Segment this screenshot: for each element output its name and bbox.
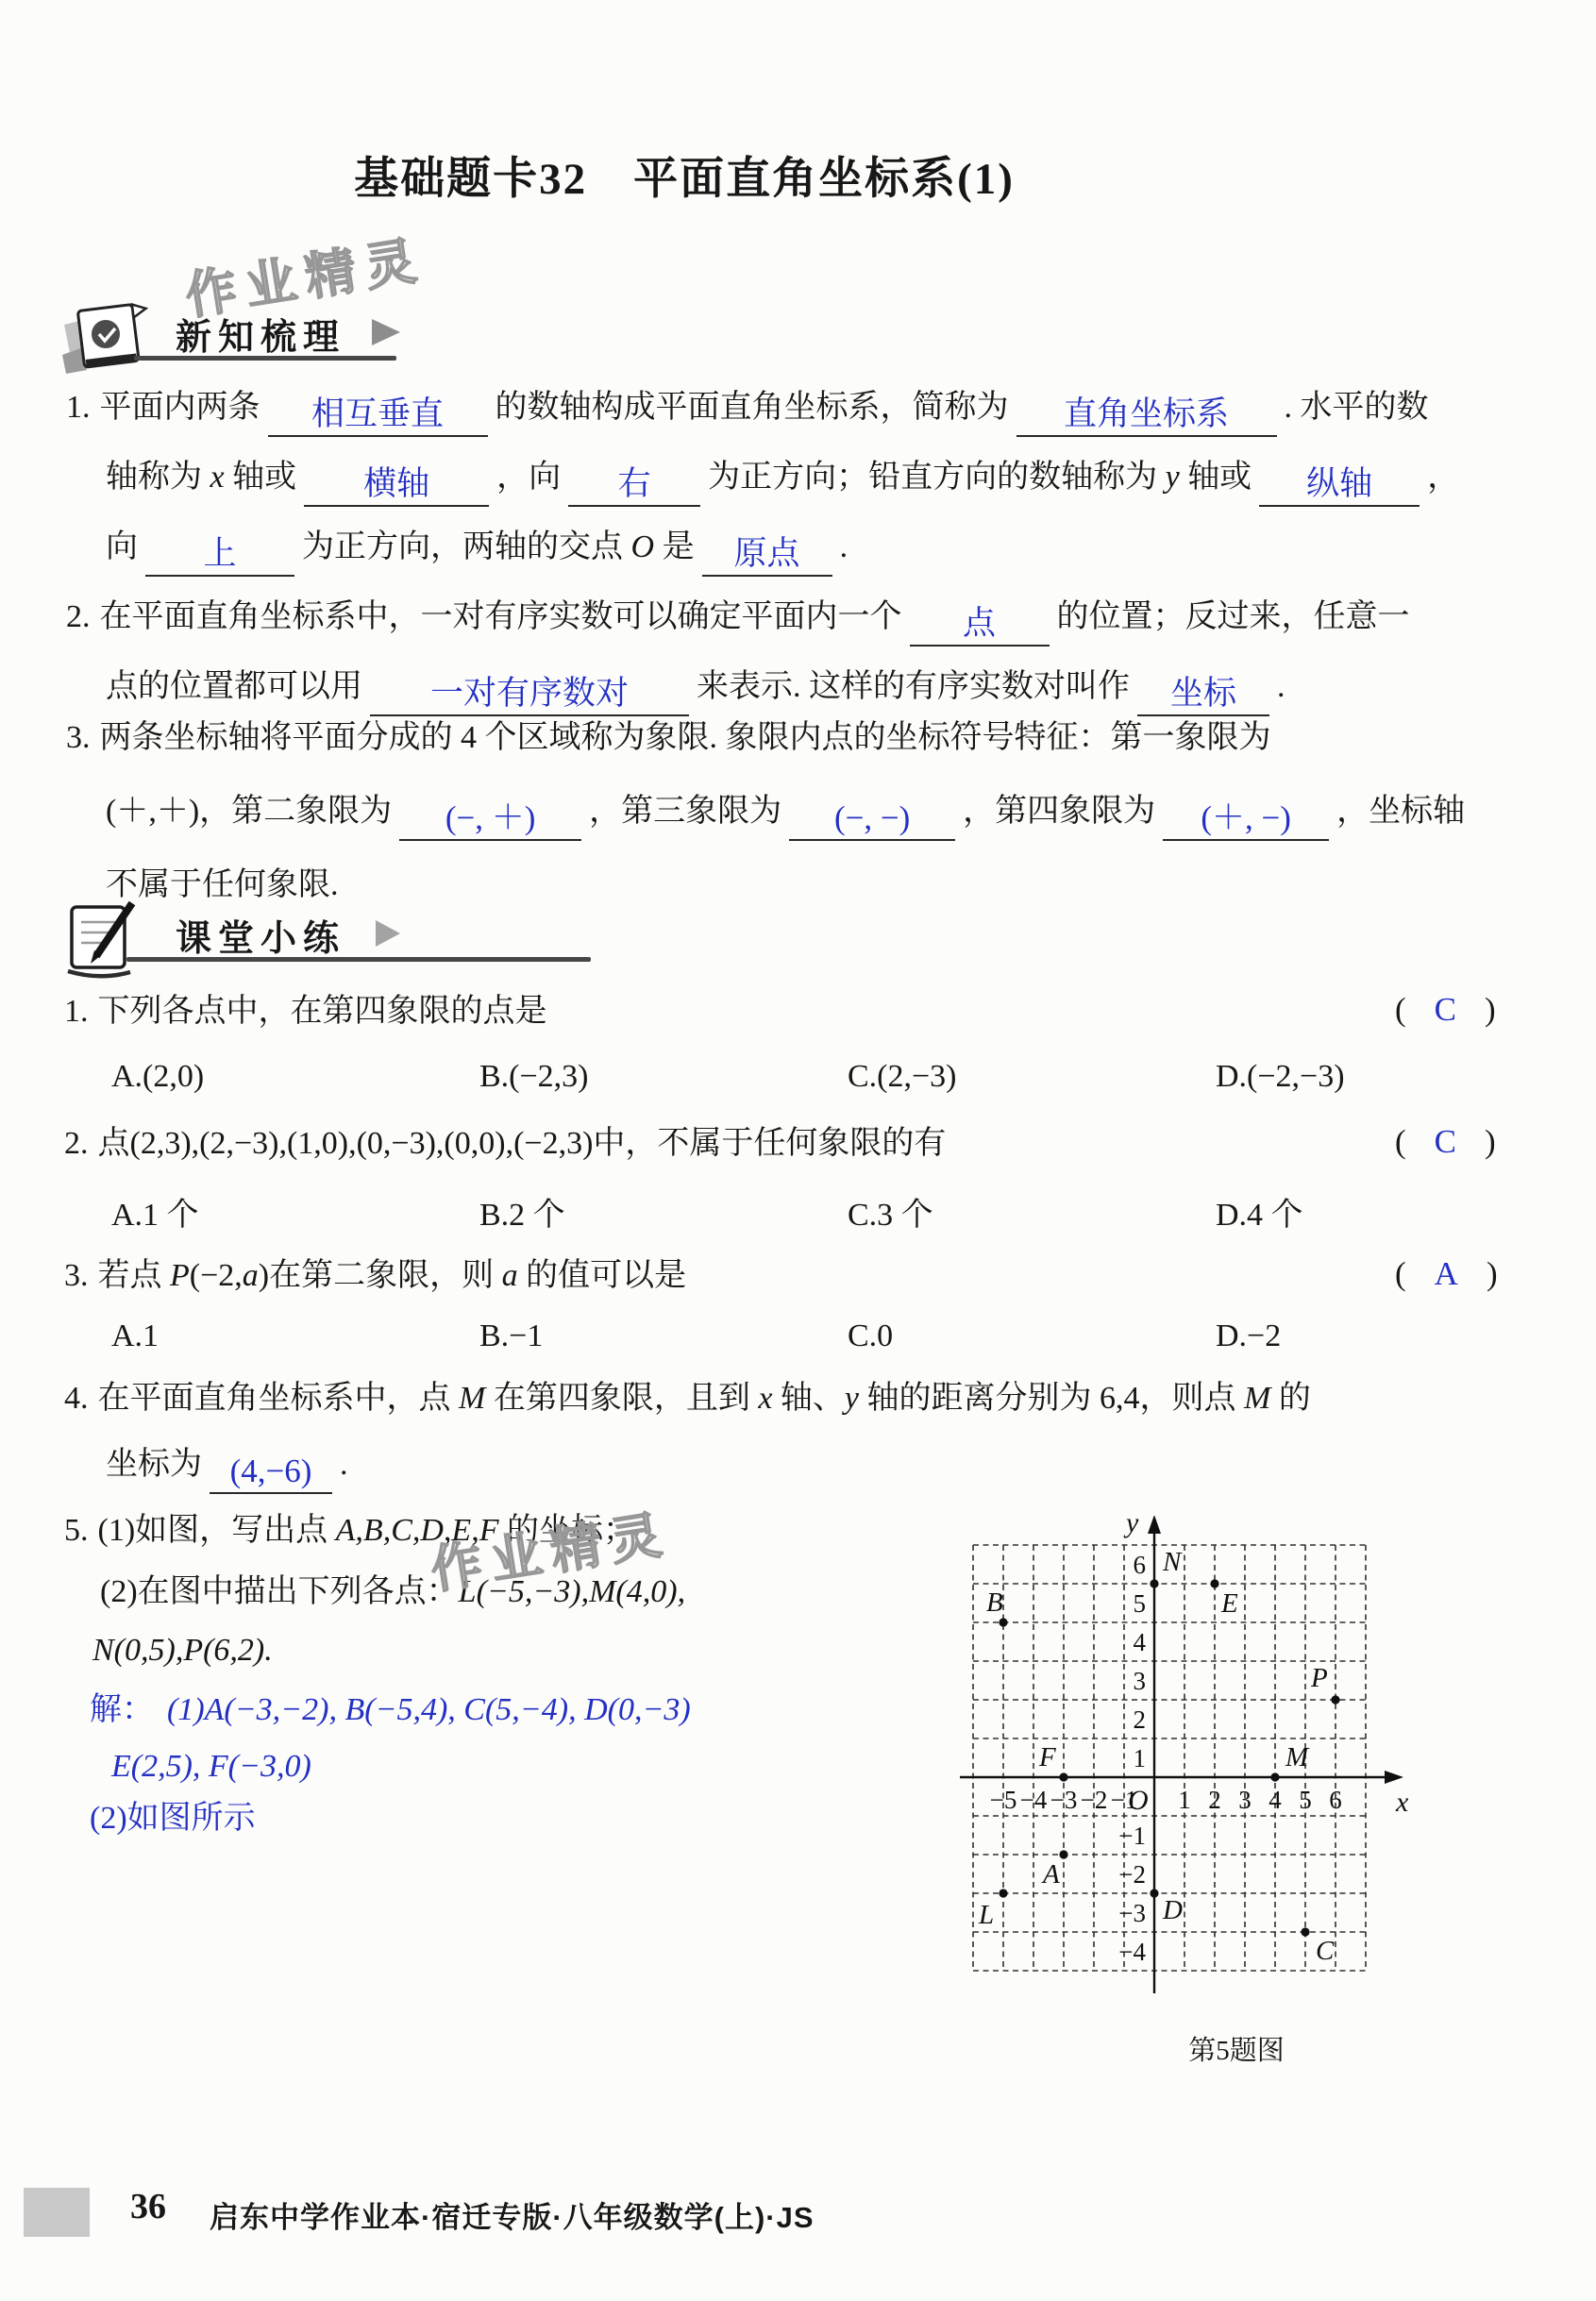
- text-run: .: [340, 1447, 348, 1482]
- fill-in-blank: 右: [568, 467, 700, 507]
- practice-q3-options: A.1B.−1C.0D.−2: [111, 1318, 1281, 1354]
- svg-text:2: 2: [1208, 1786, 1221, 1814]
- option-c: C.3 个: [848, 1188, 1216, 1234]
- svg-text:3: 3: [1134, 1667, 1147, 1695]
- fill-in-blank: 坐标: [1137, 677, 1269, 716]
- svg-text:P: P: [1310, 1663, 1328, 1693]
- option-d: D.−2: [1216, 1318, 1281, 1354]
- svg-text:B: B: [986, 1587, 1003, 1618]
- text-run: 的坐标；: [498, 1513, 635, 1548]
- svg-text:1: 1: [1178, 1786, 1191, 1814]
- math-var: y: [1166, 460, 1180, 495]
- notes-check-icon: [59, 300, 162, 381]
- math-var: x: [210, 460, 225, 495]
- math-expression: E(2,5), F(−3,0): [111, 1749, 311, 1784]
- svg-text:−3: −3: [1118, 1899, 1146, 1927]
- text-run: . 水平的数: [1285, 390, 1429, 425]
- text-run: 两条坐标轴将平面分成的 4 个区域称为象限. 象限内点的坐标符号特征：第一象限为: [100, 720, 1271, 755]
- practice-q1-options: A.(2,0)B.(−2,3)C.(2,−3)D.(−2,−3): [111, 1059, 1345, 1095]
- item-number: 4.: [64, 1378, 89, 1419]
- fill-in-blank: (−, ＋): [399, 801, 581, 841]
- text-run: 的值可以是: [518, 1258, 687, 1293]
- solution-line-1: 解：(1)A(−3,−2), B(−5,4), C(5,−4), D(0,−3): [90, 1689, 691, 1731]
- text-run: (2)在图中描出下列各点：: [100, 1574, 459, 1609]
- text-run: 为正方向；铅直方向的数轴称为: [708, 460, 1166, 495]
- text-run: 在平面直角坐标系中，一对有序实数可以确定平面内一个: [100, 599, 902, 634]
- answer-letter: C: [1435, 991, 1456, 1029]
- math-expression: N(0,5),P(6,2).: [92, 1633, 273, 1668]
- fill-in-blank: 相互垂直: [268, 397, 488, 437]
- text-run: 来表示. 这样的有序实数对叫作: [697, 669, 1130, 704]
- svg-text:N: N: [1162, 1547, 1183, 1577]
- text-run: ，坐标轴: [1336, 794, 1465, 829]
- section-rule: [126, 957, 591, 962]
- fill-in-blank: 点: [910, 607, 1050, 647]
- svg-text:−5: −5: [990, 1786, 1017, 1814]
- notepad-pencil-icon: [59, 901, 162, 983]
- math-var: y: [845, 1381, 859, 1416]
- text-run: 不属于任何象限.: [106, 867, 339, 902]
- svg-text:C: C: [1316, 1936, 1335, 1966]
- item-number: 3.: [66, 717, 91, 759]
- item-number: 2.: [64, 1123, 89, 1165]
- practice-q5-line-2: (2)在图中描出下列各点：L(−5,−3),M(4,0),: [100, 1571, 685, 1613]
- svg-text:−1: −1: [1118, 1822, 1146, 1850]
- practice-q3-answer: (A): [1395, 1255, 1498, 1293]
- text-run: ，第四象限为: [963, 794, 1155, 829]
- math-expression: L(−5,−3),M(4,0),: [459, 1574, 685, 1609]
- option-b: B.(−2,3): [479, 1059, 848, 1095]
- figure-caption: 第5题图: [1029, 2029, 1444, 2068]
- text-run: 的位置；反过来，任意一: [1057, 599, 1410, 634]
- paren-left: (: [1395, 1123, 1406, 1161]
- knowledge-q2-line-2: 点的位置都可以用一对有序数对来表示. 这样的有序实数对叫作坐标.: [106, 666, 1285, 716]
- fill-in-blank: 一对有序数对: [370, 677, 689, 716]
- item-number: 3.: [64, 1255, 89, 1297]
- option-b: B.2 个: [479, 1188, 848, 1234]
- svg-text:6: 6: [1329, 1786, 1342, 1814]
- text-run: 在第四象限，且到: [485, 1381, 758, 1416]
- math-expression: (1)A(−3,−2), B(−5,4), C(5,−4), D(0,−3): [167, 1692, 691, 1727]
- text-run: ，: [1427, 460, 1459, 495]
- knowledge-q3-line-2: (＋,＋)，第二象限为(−, ＋)，第三象限为(−, −)，第四象限为(＋, −…: [106, 791, 1465, 841]
- text-run: 轴或: [1180, 460, 1252, 495]
- triangle-icon: [372, 319, 400, 345]
- text-run: 轴称为: [106, 460, 210, 495]
- item-number: 1.: [64, 991, 89, 1033]
- option-a: A.1: [111, 1318, 479, 1354]
- solution-line-3: (2)如图所示: [90, 1798, 256, 1839]
- svg-text:−2: −2: [1081, 1786, 1108, 1814]
- footer-text: 启东中学作业本·宿迁专版·八年级数学(上)·JS: [210, 2193, 815, 2236]
- option-d: D.4 个: [1216, 1188, 1303, 1234]
- math-var: a: [243, 1258, 259, 1293]
- text-run: 坐标为: [106, 1447, 202, 1482]
- section-title: 课堂小练: [176, 909, 345, 961]
- knowledge-q1-line-1: 1.平面内两条相互垂直的数轴构成平面直角坐标系，简称为直角坐标系. 水平的数: [66, 387, 1429, 437]
- option-a: A.1 个: [111, 1188, 479, 1234]
- practice-q5-line-3: N(0,5),P(6,2).: [92, 1630, 273, 1671]
- text-run: 在平面直角坐标系中，点: [98, 1381, 460, 1416]
- text-run: 轴的距离分别为 6,4，则点: [859, 1381, 1244, 1416]
- text-run: 若点: [98, 1258, 171, 1293]
- text-run: 的数轴构成平面直角坐标系，简称为: [496, 390, 1009, 425]
- section-title: 新知梳理: [176, 308, 345, 360]
- svg-text:3: 3: [1238, 1786, 1252, 1814]
- text-run: 平面内两条: [100, 390, 260, 425]
- section-header-practice: 课堂小练: [59, 901, 719, 991]
- text-run: 向: [106, 529, 138, 564]
- text-run: (−2,: [190, 1258, 243, 1293]
- practice-q5-line-1: 5.(1)如图，写出点 A,B,C,D,E,F 的坐标；: [64, 1510, 635, 1552]
- text-run: .: [840, 529, 848, 564]
- practice-q2-answer: (C): [1395, 1123, 1496, 1161]
- paren-right: ): [1485, 991, 1496, 1029]
- text-run: (1)如图，写出点: [98, 1513, 336, 1548]
- knowledge-q2-line-1: 2.在平面直角坐标系中，一对有序实数可以确定平面内一个点的位置；反过来，任意一: [66, 596, 1410, 647]
- svg-text:4: 4: [1134, 1628, 1147, 1656]
- practice-q4-line-1: 4.在平面直角坐标系中，点 M 在第四象限，且到 x 轴、y 轴的距离分别为 6…: [64, 1378, 1311, 1419]
- knowledge-q1-line-3: 向上为正方向，两轴的交点 O 是原点.: [106, 527, 848, 577]
- svg-text:M: M: [1285, 1742, 1310, 1772]
- answer-letter: C: [1435, 1123, 1456, 1161]
- text-run: 为正方向，两轴的交点: [302, 529, 631, 564]
- svg-text:−4: −4: [1118, 1938, 1146, 1966]
- paren-left: (: [1395, 991, 1406, 1029]
- svg-text:−2: −2: [1118, 1860, 1146, 1889]
- math-var: M: [1244, 1381, 1270, 1416]
- text-run: 下列各点中，在第四象限的点是: [98, 994, 547, 1029]
- svg-text:−4: −4: [1020, 1786, 1048, 1814]
- practice-q4-line-2: 坐标为(4,−6).: [106, 1444, 348, 1494]
- item-number: 1.: [66, 387, 91, 428]
- text-run: (＋,＋)，第二象限为: [106, 794, 392, 829]
- text-run: 是: [654, 529, 695, 564]
- text-run: ，向: [496, 460, 561, 495]
- practice-q3-stem: 3.若点 P(−2,a)在第二象限，则 a 的值可以是: [64, 1255, 686, 1297]
- svg-text:2: 2: [1134, 1705, 1147, 1734]
- paren-right: ): [1485, 1123, 1496, 1161]
- page-title: 基础题卡32 平面直角坐标系(1): [283, 143, 1085, 207]
- svg-text:−1: −1: [1111, 1786, 1138, 1814]
- answer-letter: A: [1435, 1255, 1458, 1293]
- svg-text:E: E: [1220, 1588, 1238, 1619]
- svg-text:y: y: [1123, 1516, 1139, 1538]
- math-var: O: [631, 529, 655, 564]
- solution-label: 解：: [90, 1692, 154, 1727]
- fill-in-blank: (4,−6): [210, 1454, 332, 1494]
- text-run: 轴、: [772, 1381, 845, 1416]
- fill-in-blank: (−, −): [789, 801, 955, 841]
- workbook-page: 作业精灵 作业精灵 基础题卡32 平面直角坐标系(1) 新知梳理 1.平面内两条…: [0, 0, 1596, 2301]
- text-run: (2)如图所示: [90, 1801, 256, 1836]
- option-c: C.0: [848, 1318, 1216, 1354]
- triangle-icon: [376, 920, 400, 947]
- footer-decoration-block: [24, 2188, 90, 2237]
- svg-text:D: D: [1162, 1895, 1183, 1925]
- text-run: 的: [1270, 1381, 1311, 1416]
- option-a: A.(2,0): [111, 1059, 479, 1095]
- svg-text:x: x: [1395, 1787, 1408, 1818]
- math-var: A,B,C,D,E,F: [336, 1513, 499, 1548]
- text-run: 点的位置都可以用: [106, 669, 362, 704]
- fill-in-blank: (＋, −): [1163, 801, 1329, 841]
- paren-left: (: [1395, 1255, 1406, 1293]
- item-number: 2.: [66, 596, 91, 638]
- math-var: a: [502, 1258, 518, 1293]
- practice-q2-options: A.1 个B.2 个C.3 个D.4 个: [111, 1188, 1303, 1234]
- text-run: .: [1277, 669, 1285, 704]
- paren-right: ): [1487, 1255, 1498, 1293]
- knowledge-q3-line-1: 3.两条坐标轴将平面分成的 4 个区域称为象限. 象限内点的坐标符号特征：第一象…: [66, 717, 1271, 759]
- option-b: B.−1: [479, 1318, 848, 1354]
- item-number: 5.: [64, 1510, 89, 1552]
- svg-text:6: 6: [1134, 1551, 1147, 1579]
- fill-in-blank: 横轴: [304, 467, 489, 507]
- svg-text:4: 4: [1268, 1786, 1282, 1814]
- text-run: ，第三象限为: [589, 794, 781, 829]
- practice-q1-stem: 1.下列各点中，在第四象限的点是: [64, 991, 547, 1033]
- fill-in-blank: 直角坐标系: [1016, 397, 1277, 437]
- practice-q1-answer: (C): [1395, 991, 1496, 1029]
- math-var: P: [170, 1258, 190, 1293]
- option-d: D.(−2,−3): [1216, 1059, 1345, 1095]
- svg-text:L: L: [978, 1900, 994, 1930]
- text-run: )在第二象限，则: [259, 1258, 502, 1293]
- practice-q2-stem: 2.点(2,3),(2,−3),(1,0),(0,−3),(0,0),(−2,3…: [64, 1123, 946, 1165]
- coordinate-plane-figure: xyO−5−4−3−2−1123456654321−1−2−3−4BNEPFMA…: [960, 1516, 1408, 2007]
- svg-text:F: F: [1038, 1742, 1056, 1772]
- solution-line-2: E(2,5), F(−3,0): [111, 1746, 311, 1788]
- svg-text:5: 5: [1134, 1589, 1147, 1618]
- page-number: 36: [130, 2186, 166, 2227]
- fill-in-blank: 原点: [702, 537, 832, 577]
- option-c: C.(2,−3): [848, 1059, 1216, 1095]
- fill-in-blank: 上: [145, 537, 294, 577]
- svg-text:A: A: [1041, 1859, 1060, 1890]
- knowledge-q1-line-2: 轴称为 x 轴或横轴，向右为正方向；铅直方向的数轴称为 y 轴或纵轴，: [106, 457, 1459, 507]
- svg-text:5: 5: [1299, 1786, 1312, 1814]
- math-var: M: [459, 1381, 485, 1416]
- svg-text:−3: −3: [1050, 1786, 1078, 1814]
- section-rule: [134, 356, 396, 361]
- math-var: x: [758, 1381, 772, 1416]
- svg-text:1: 1: [1134, 1744, 1147, 1772]
- text-run: 轴或: [225, 460, 297, 495]
- knowledge-q3-line-3: 不属于任何象限.: [106, 865, 339, 906]
- section-header-knowledge: 新知梳理: [59, 300, 719, 390]
- fill-in-blank: 纵轴: [1259, 467, 1420, 507]
- text-run: 点(2,3),(2,−3),(1,0),(0,−3),(0,0),(−2,3)中…: [98, 1126, 947, 1161]
